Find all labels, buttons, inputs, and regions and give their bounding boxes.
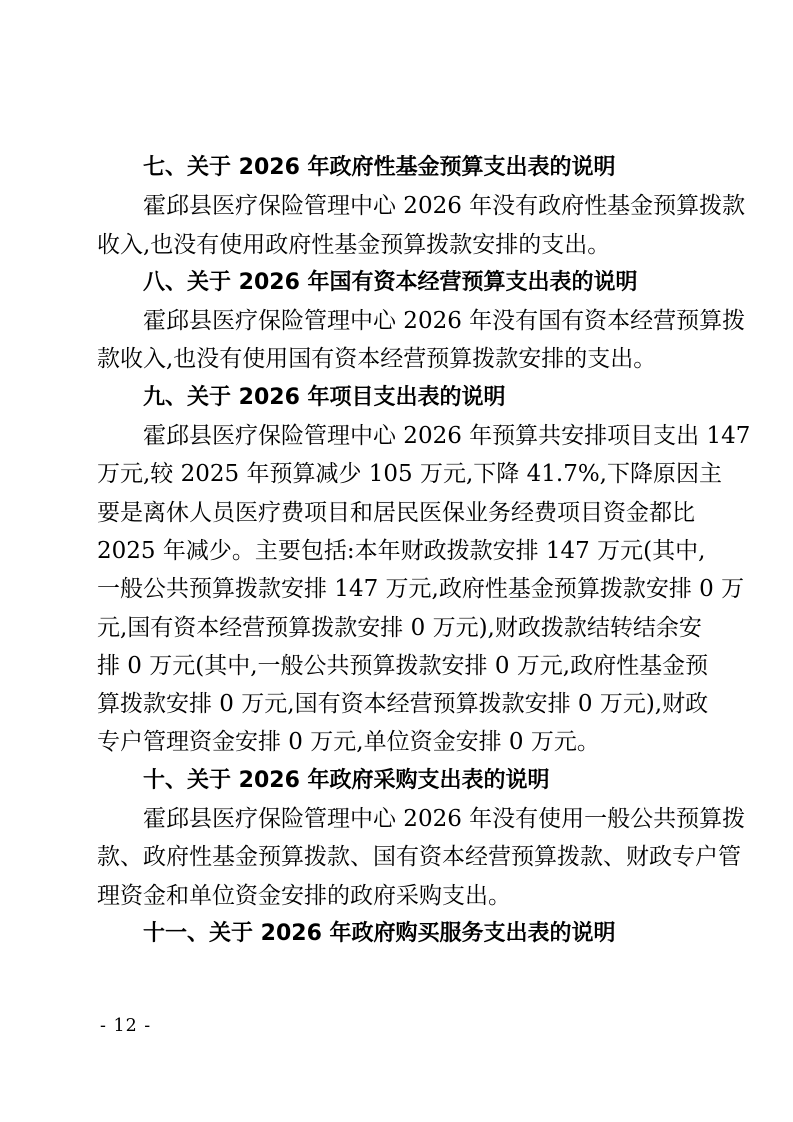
document-page: 七、关于 2026 年政府性基金预算支出表的说明 霍邱县医疗保险管理中心 202… <box>0 0 793 1122</box>
section-7-heading: 七、关于 2026 年政府性基金预算支出表的说明 <box>97 149 741 187</box>
paragraph-line: 收入,也没有使用政府性基金预算拨款安排的支出。 <box>97 226 741 264</box>
page-number: - 12 - <box>100 1016 151 1036</box>
section-10-heading: 十、关于 2026 年政府采购支出表的说明 <box>97 762 741 800</box>
paragraph-line: 款、政府性基金预算拨款、国有资本经营预算拨款、财政专户管 <box>97 838 741 876</box>
paragraph-line: 2025 年减少。主要包括:本年财政拨款安排 147 万元(其中, <box>97 532 741 570</box>
paragraph-line: 元,国有资本经营预算拨款安排 0 万元),财政拨款结转结余安 <box>97 609 741 647</box>
section-8-heading: 八、关于 2026 年国有资本经营预算支出表的说明 <box>97 264 741 302</box>
paragraph-line: 专户管理资金安排 0 万元,单位资金安排 0 万元。 <box>97 723 741 761</box>
paragraph-line: 霍邱县医疗保险管理中心 2026 年没有使用一般公共预算拨 <box>97 800 741 838</box>
paragraph-line: 理资金和单位资金安排的政府采购支出。 <box>97 877 741 915</box>
document-body: 七、关于 2026 年政府性基金预算支出表的说明 霍邱县医疗保险管理中心 202… <box>97 149 741 953</box>
paragraph-line: 霍邱县医疗保险管理中心 2026 年预算共安排项目支出 147 <box>97 417 741 455</box>
paragraph-line: 霍邱县医疗保险管理中心 2026 年没有政府性基金预算拨款 <box>97 187 741 225</box>
section-11-heading: 十一、关于 2026 年政府购买服务支出表的说明 <box>97 915 741 953</box>
paragraph-line: 万元,较 2025 年预算减少 105 万元,下降 41.7%,下降原因主 <box>97 455 741 493</box>
paragraph-line: 霍邱县医疗保险管理中心 2026 年没有国有资本经营预算拨 <box>97 302 741 340</box>
section-9-heading: 九、关于 2026 年项目支出表的说明 <box>97 379 741 417</box>
paragraph-line: 款收入,也没有使用国有资本经营预算拨款安排的支出。 <box>97 340 741 378</box>
paragraph-line: 一般公共预算拨款安排 147 万元,政府性基金预算拨款安排 0 万 <box>97 570 741 608</box>
paragraph-line: 算拨款安排 0 万元,国有资本经营预算拨款安排 0 万元),财政 <box>97 685 741 723</box>
paragraph-line: 排 0 万元(其中,一般公共预算拨款安排 0 万元,政府性基金预 <box>97 647 741 685</box>
paragraph-line: 要是离休人员医疗费项目和居民医保业务经费项目资金都比 <box>97 494 741 532</box>
